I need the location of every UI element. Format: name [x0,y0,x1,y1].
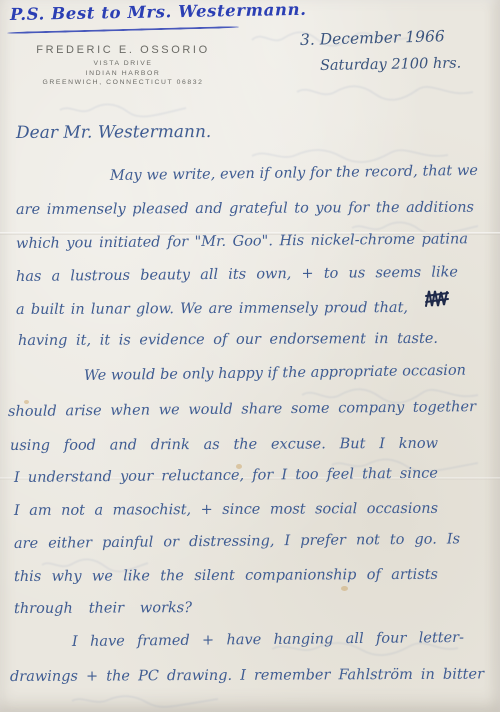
letter-line: are immensely pleased and grateful to yo… [16,198,474,220]
bleed-through-marks [70,692,220,708]
paper-stain [341,586,348,591]
letter-line: drawings + the PC drawing. I remember Fa… [10,665,484,687]
postscript-note: P.S. Best to Mrs. Westermann. [10,0,307,25]
letter-line: We would be only happy if the appropriat… [84,361,466,386]
bleed-through-marks [295,82,475,102]
letter-line: a built in lunar glow. We are immensely … [16,298,408,320]
letterhead-address-line: INDIAN HARBOR [28,70,218,77]
letter-line: using food and drink as the excuse. But … [10,434,438,456]
letterhead-name: FREDERIC E. OSSORIO [28,44,218,56]
salutation: Dear Mr. Westermann. [16,122,211,143]
letter-line: has a lustrous beauty all its own, + to … [16,262,458,287]
letter-line: I understand your reluctance, for I too … [14,464,438,488]
letter-line: which you initiated for "Mr. Goo". His n… [16,229,468,254]
time-line: Saturday 2100 hrs. [320,54,462,76]
bleed-through-marks [58,100,188,118]
letterhead-address-line: VISTA DRIVE [28,60,218,67]
postscript-underline [7,26,239,34]
letter-line: are either painful or distressing, I pre… [14,529,460,554]
letter-line: May we write, even if only for the recor… [110,161,478,186]
letterhead: FREDERIC E. OSSORIO VISTA DRIVE INDIAN H… [28,44,218,86]
letter-line: this why we like the silent companionshi… [14,565,438,587]
letter-page: P.S. Best to Mrs. Westermann. FREDERIC E… [0,0,500,712]
letterhead-address-line: GREENWICH, CONNECTICUT 06832 [28,79,218,86]
crossed-out-scribble [424,288,450,310]
date-line: 3. December 1966 [300,26,445,50]
letter-line: through their works? [14,598,192,619]
letter-line: I am not a masochist, + since most socia… [14,499,438,521]
letter-line: I have framed + have hanging all four le… [72,628,464,652]
letter-line: having it, it is evidence of our endorse… [18,329,438,351]
letter-line: should arise when we would share some co… [8,397,476,422]
